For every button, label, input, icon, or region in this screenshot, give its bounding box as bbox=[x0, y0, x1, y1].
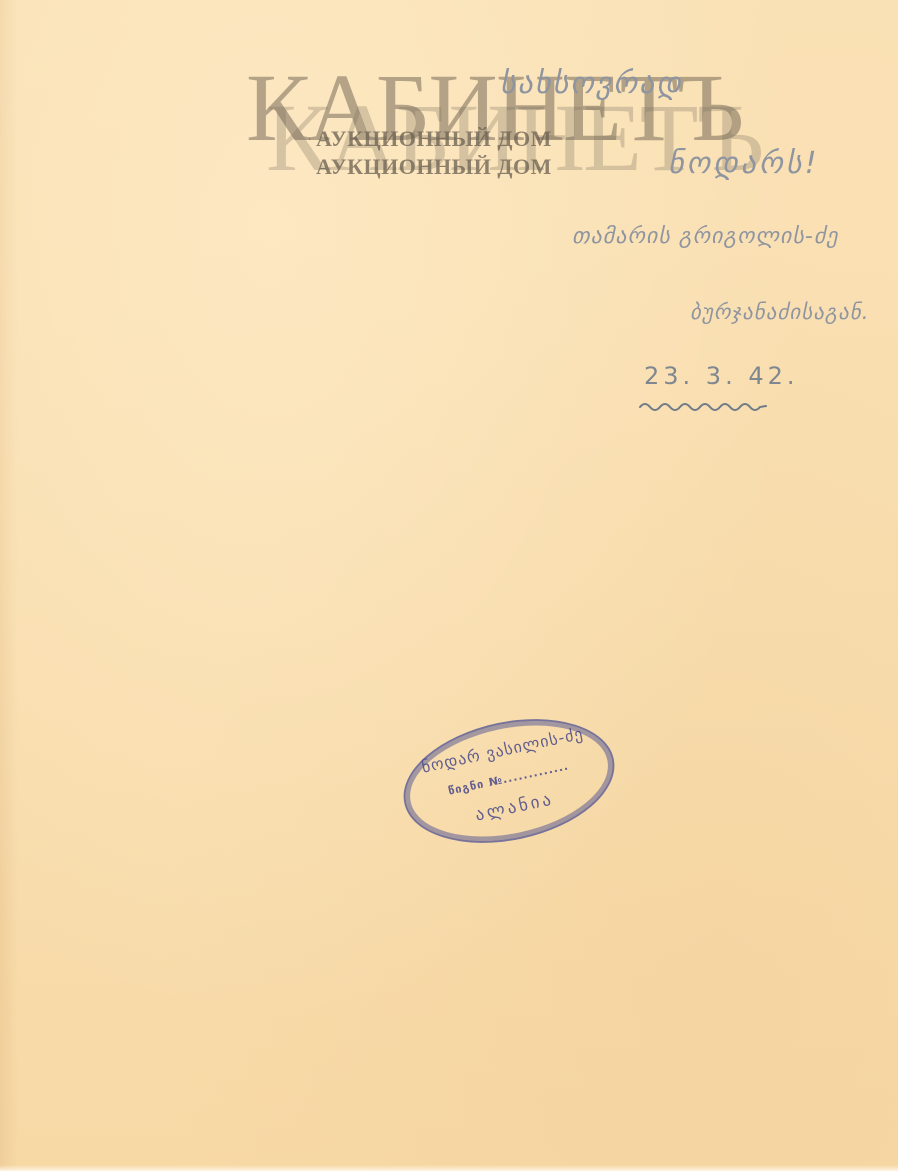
date-underline-squiggle bbox=[638, 398, 768, 414]
inscription-line-2: ნოდარს! bbox=[668, 146, 820, 181]
inscription-line-3: თამარის გრიგოლის-ძე bbox=[572, 224, 839, 249]
inscription-line-4: ბურჯანაძისაგან. bbox=[690, 300, 869, 324]
inscription-line-1: სახსოვრად bbox=[500, 66, 683, 101]
inscription-date: 23. 3. 42. bbox=[644, 362, 799, 390]
paper-bottom-edge bbox=[0, 1165, 898, 1171]
